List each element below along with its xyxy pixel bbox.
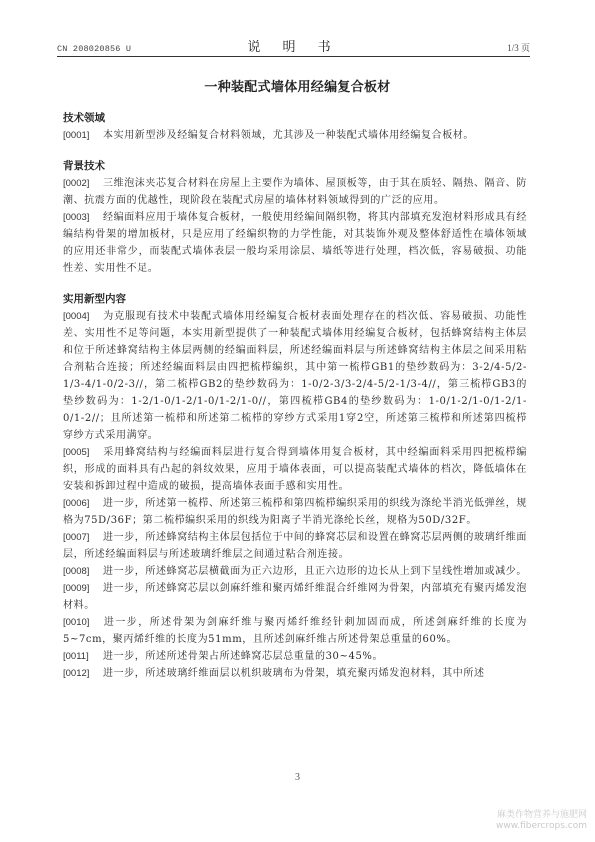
paragraph-number: [0007]	[63, 529, 103, 546]
paragraph: [0008]进一步，所述蜂窝芯层横截面为正六边形，且正六边形的边长从上到下呈线性…	[63, 563, 527, 580]
paragraph: [0010]进一步，所述骨架为剑麻纤维与聚丙烯纤维经针刺加固而成，所述剑麻纤维的…	[63, 614, 527, 648]
document-body: 技术领域 [0001]本实用新型涉及经编复合材料领域，尤其涉及一种装配式墙体用经…	[63, 110, 527, 682]
paragraph: [0012]进一步，所述玻璃纤维面层以机织玻璃布为骨架，填充聚丙烯发泡材料，其中…	[63, 665, 527, 682]
paragraph-text: 经编面料应用于墙体复合板材，一般使用经编间隔织物，将其内部填充发泡材料形成具有经…	[63, 212, 527, 274]
paragraph-text: 为克服现有技术中装配式墙体用经编复合板材表面处理存在的档次低、容易破损、功能性差…	[63, 311, 527, 441]
watermark: 麻类作物营养与施肥网 www.fibercrops.com	[496, 810, 587, 832]
paragraph-text: 采用蜂窝结构与经编面料层进行复合得到墙体用复合板材，其中经编面料采用四把梳栉编织…	[63, 447, 527, 492]
paragraph-number: [0002]	[63, 175, 103, 192]
paragraph-text: 进一步，所述蜂窝结构主体层包括位于中间的蜂窝芯层和设置在蜂窝芯层两侧的玻璃纤维面…	[63, 532, 527, 560]
paragraph-number: [0001]	[63, 127, 103, 144]
paragraph-number: [0010]	[63, 614, 103, 631]
watermark-url: www.fibercrops.com	[496, 821, 587, 832]
paragraph-text: 进一步，所述第一梳栉、所述第三梳栉和第四梳栉编织采用的织线为涤纶半消光低弹丝，规…	[63, 498, 527, 526]
paragraph-number: [0008]	[63, 563, 103, 580]
paragraph-number: [0011]	[63, 648, 103, 665]
paragraph-number: [0006]	[63, 495, 103, 512]
paragraph-text: 进一步，所述蜂窝芯层横截面为正六边形，且正六边形的边长从上到下呈线性增加或减少。	[103, 566, 527, 577]
page-number: 3	[0, 772, 595, 783]
paragraph-number: [0004]	[63, 308, 103, 325]
paragraph-text: 进一步，所述玻璃纤维面层以机织玻璃布为骨架，填充聚丙烯发泡材料，其中所述	[103, 668, 485, 679]
page-header: CN 208020856 U 说 明 书 1/3 页	[57, 36, 530, 57]
paragraph-text: 进一步，所述所述骨架占所述蜂窝芯层总重量的30~45%。	[103, 651, 383, 662]
document-page: CN 208020856 U 说 明 书 1/3 页 一种装配式墙体用经编复合板…	[0, 0, 595, 842]
document-title: 一种装配式墙体用经编复合板材	[0, 76, 595, 95]
paragraph-text: 进一步，所述蜂窝芯层以剑麻纤维和聚丙烯纤维混合纤维网为骨架，内部填充有聚丙烯发泡…	[63, 583, 527, 611]
paragraph: [0009]进一步，所述蜂窝芯层以剑麻纤维和聚丙烯纤维混合纤维网为骨架，内部填充…	[63, 580, 527, 614]
section-heading: 背景技术	[63, 158, 527, 175]
section-heading: 技术领域	[63, 110, 527, 127]
paragraph: [0007]进一步，所述蜂窝结构主体层包括位于中间的蜂窝芯层和设置在蜂窝芯层两侧…	[63, 529, 527, 563]
paragraph-number: [0012]	[63, 665, 103, 682]
paragraph: [0005]采用蜂窝结构与经编面料层进行复合得到墙体用复合板材，其中经编面料采用…	[63, 444, 527, 495]
paragraph: [0004]为克服现有技术中装配式墙体用经编复合板材表面处理存在的档次低、容易破…	[63, 308, 527, 444]
paragraph-number: [0009]	[63, 580, 103, 597]
paragraph-text: 进一步，所述骨架为剑麻纤维与聚丙烯纤维经针刺加固而成，所述剑麻纤维的长度为5~7…	[63, 617, 527, 645]
page-indicator: 1/3 页	[507, 41, 530, 54]
watermark-site-name: 麻类作物营养与施肥网	[496, 810, 587, 821]
paragraph-text: 本实用新型涉及经编复合材料领域，尤其涉及一种装配式墙体用经编复合板材。	[103, 130, 474, 141]
paragraph-text: 三维泡沫夹芯复合材料在房屋上主要作为墙体、屋顶板等，由于其在质轻、隔热、隔音、防…	[63, 178, 527, 206]
paragraph-number: [0005]	[63, 444, 103, 461]
paragraph: [0006]进一步，所述第一梳栉、所述第三梳栉和第四梳栉编织采用的织线为涤纶半消…	[63, 495, 527, 529]
paragraph: [0003]经编面料应用于墙体复合板材，一般使用经编间隔织物，将其内部填充发泡材…	[63, 209, 527, 277]
paragraph: [0002]三维泡沫夹芯复合材料在房屋上主要作为墙体、屋顶板等，由于其在质轻、隔…	[63, 175, 527, 209]
paragraph: [0011]进一步，所述所述骨架占所述蜂窝芯层总重量的30~45%。	[63, 648, 527, 665]
document-type-label: 说 明 书	[57, 36, 530, 55]
paragraph-number: [0003]	[63, 209, 103, 226]
section-heading: 实用新型内容	[63, 291, 527, 308]
paragraph: [0001]本实用新型涉及经编复合材料领域，尤其涉及一种装配式墙体用经编复合板材…	[63, 127, 527, 144]
